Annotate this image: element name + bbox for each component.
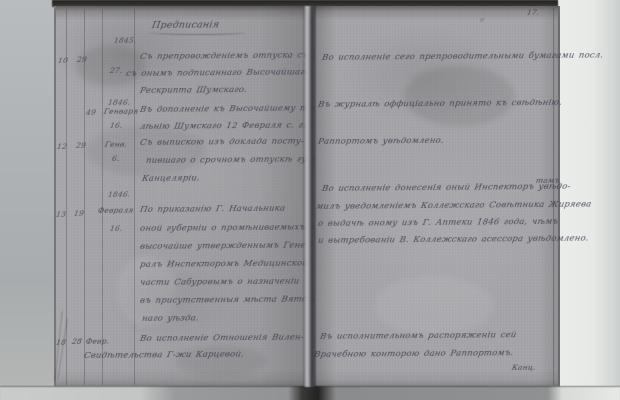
response-line: о выдачѣ оному изъ Г. Аптеки 1846 года, …: [317, 217, 559, 229]
header-flourish: [150, 30, 246, 35]
response-line: Врачебною конторою дано Раппортомъ.: [313, 348, 514, 360]
entry-date: 27.: [109, 66, 123, 75]
year-label: 1846.: [107, 190, 131, 199]
book-gutter: [303, 6, 316, 387]
paper-stain: [374, 276, 494, 336]
handwritten-line: ралъ Инспекторомъ Медицинской: [139, 259, 309, 270]
response-line: Раппортомъ увѣдомлено.: [317, 136, 444, 147]
faint-mark: в: [479, 15, 485, 24]
handwritten-line: части Сабуровымъ о назначеніи: [139, 277, 300, 288]
handwritten-line: По приказанію Г. Начальника: [139, 204, 286, 215]
entry-number: 49: [85, 108, 96, 117]
entry-month: Генваря: [103, 107, 139, 116]
paper-stain: [404, 66, 514, 126]
entry-month: Февраля: [97, 206, 134, 215]
entry-date: 28 Февр.: [71, 337, 110, 346]
entry-date: 6.: [111, 154, 120, 163]
book-fore-edge-left: [0, 0, 54, 400]
paper-stain: [86, 126, 206, 176]
handwritten-line: Во исполненіе Отношенія Вилен-: [139, 333, 305, 344]
catchword: Канц.: [511, 363, 536, 372]
entry-date: 16.: [109, 121, 123, 130]
entry-number: 18: [55, 338, 66, 347]
response-line: Въ журналѣ оффиціально принято къ свѣдѣн…: [317, 98, 563, 110]
response-line: Въ исполнительномъ распоряженіи сей: [319, 330, 517, 342]
response-line: и вытребованіи В. Коллежскаго асессора у…: [317, 234, 589, 246]
margin-rule: [553, 8, 554, 385]
page-bottom-edge: [0, 386, 620, 400]
folio-number: 17.: [526, 8, 540, 17]
entry-number: 10: [57, 56, 68, 65]
year-label: 1845.: [113, 36, 137, 45]
handwritten-line: Свидѣтельства Г-жи Карцевой.: [83, 350, 245, 361]
handwritten-line: Въ дополненіе къ Высочайшему пове-: [139, 103, 325, 115]
handwritten-line: съ онымъ подписаннаго Высочайшаго: [125, 67, 311, 79]
year-label: 1846.: [107, 98, 131, 107]
entry-month: Генв.: [104, 140, 128, 149]
handwritten-line: лѣнію Шумскаго 12 Февраля с. г.: [139, 121, 307, 132]
handwritten-line: оной губерніи о промѣниваемыхъ по: [139, 222, 321, 234]
response-line: Во исполненіе донесенія оный Инспекторъ …: [321, 182, 571, 194]
entry-number: 19: [73, 209, 84, 218]
entry-number: 12: [56, 142, 67, 151]
entry-number: 29: [76, 55, 87, 64]
handwritten-line: высочайше утвержденнымъ Гене-: [139, 241, 309, 252]
handwritten-line: Рескрипта Шумскаго.: [139, 85, 248, 96]
handwritten-line: Канцеляріи.: [141, 173, 201, 184]
ledger-right-page: 17. в Во исполненіе сего препроводительн…: [314, 6, 560, 387]
scanned-ledger-photo: Предписанія 1845. 10 29 27. Съ препровож…: [0, 0, 620, 400]
handwritten-line: въ присутственныя мѣста Вятска-: [139, 294, 321, 306]
response-line: милъ уведомленіемъ Коллежскаго Совѣтника…: [315, 200, 592, 212]
handwritten-line: Съ выпискою изъ доклада посту-: [139, 137, 305, 148]
entry-number: 13: [55, 210, 66, 219]
entry-number: 29: [75, 141, 86, 150]
ledger-left-page: Предписанія 1845. 10 29 27. Съ препровож…: [54, 6, 310, 387]
handwritten-line: наго уѣзда.: [141, 314, 199, 324]
entry-date: 16.: [109, 224, 123, 233]
